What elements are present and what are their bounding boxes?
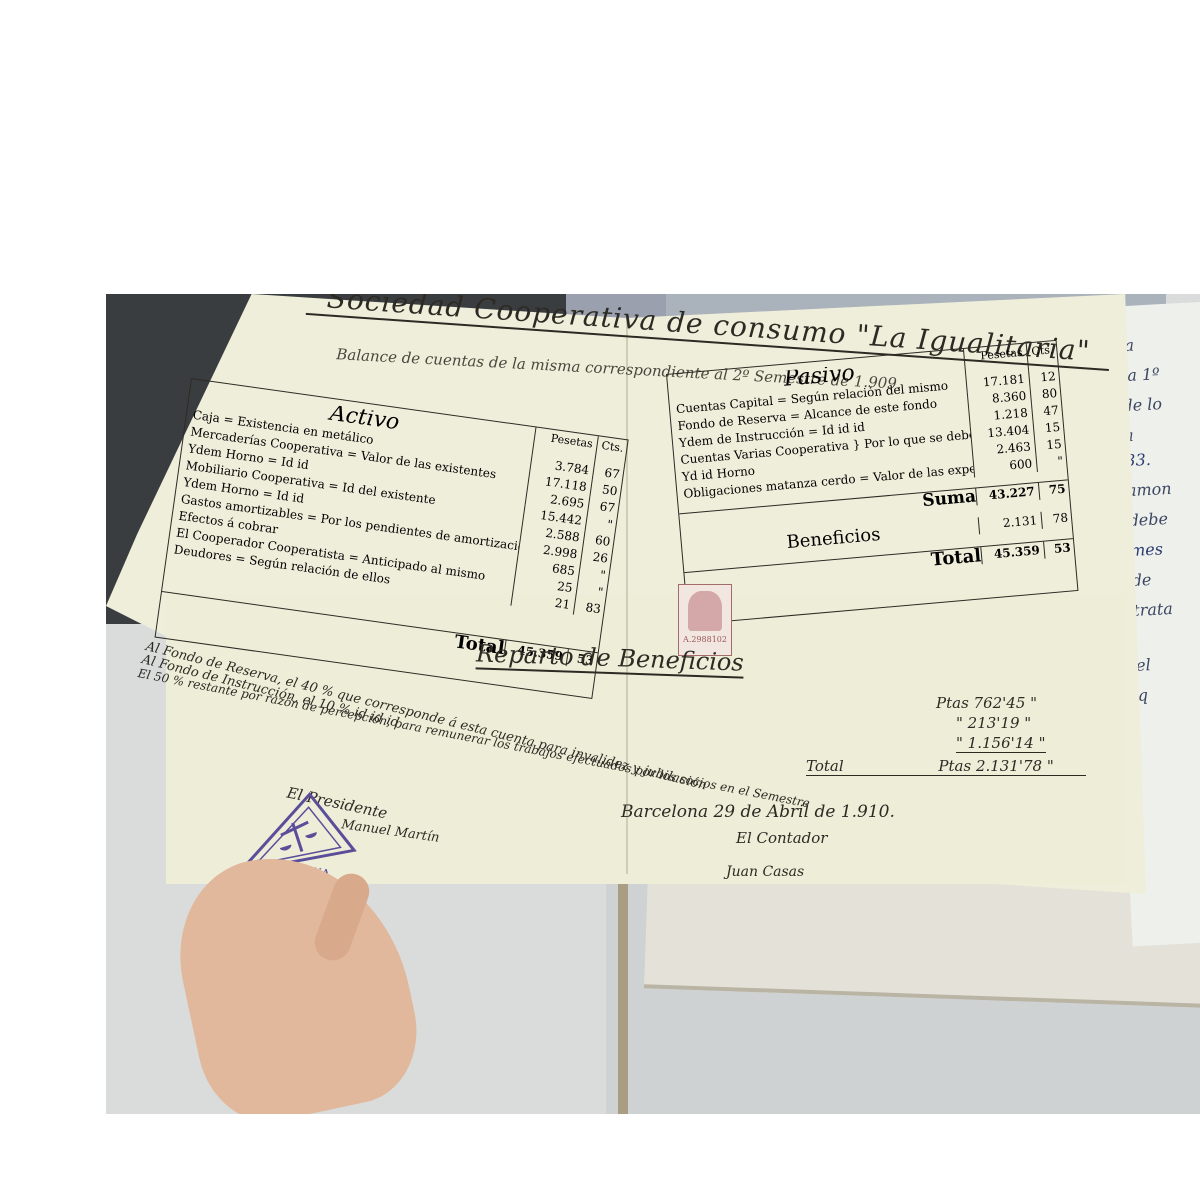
fiscal-stamp-serial: A.2988102: [679, 635, 731, 644]
place-date: Barcelona 29 de Abril de 1.910.: [621, 802, 895, 822]
cts-column-header: Cts.: [594, 436, 627, 467]
photo-frame: la ta 1º de lo a 33. amon debe mes de tr…: [106, 294, 1200, 1114]
reparto-amount-3: " 1.156'14 ": [956, 734, 1046, 753]
reparto-total-amount: Ptas 2.131'78 ": [938, 757, 1053, 775]
reparto-total-row: Total Ptas 2.131'78 ": [806, 757, 1086, 776]
cts-column-header: Cts.: [1026, 341, 1058, 371]
reparto-amount-2: " 213'19 ": [956, 714, 1031, 732]
fiscal-stamp: A.2988102: [678, 584, 732, 656]
allegorical-figure-icon: [688, 591, 722, 631]
reparto-total-label: Total: [806, 757, 844, 775]
pasivo-table: Pasivo Pesetas Cts. Cuentas Capital = Se…: [666, 340, 1078, 625]
paper-fold: [626, 314, 628, 874]
contador-signature: Juan Casas: [726, 864, 804, 880]
contador-title: El Contador: [736, 829, 827, 847]
binder-spine: [618, 854, 628, 1114]
reparto-amount-1: Ptas 762'45 ": [936, 694, 1037, 712]
